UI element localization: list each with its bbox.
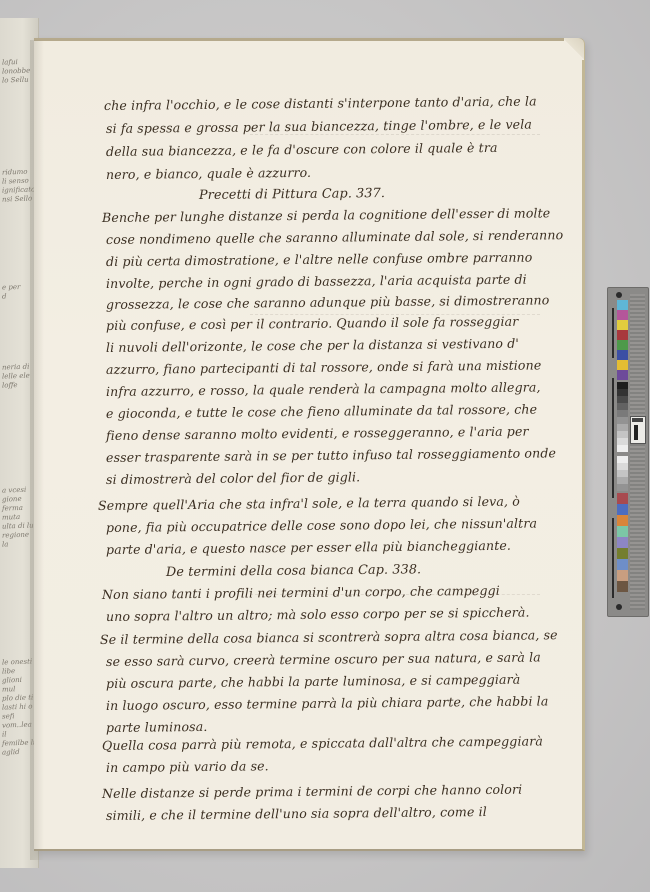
color-patch: [617, 389, 628, 396]
color-patch: [617, 310, 628, 320]
color-patch: [617, 370, 628, 380]
color-patch: [617, 526, 628, 537]
color-patch: [617, 559, 628, 570]
color-patch: [617, 330, 628, 340]
binding-gutter-shadow: [30, 40, 44, 860]
color-patch: [617, 463, 628, 470]
color-patch: [617, 470, 628, 477]
text-line: parte luminosa.: [106, 719, 208, 735]
color-patch: [617, 360, 628, 370]
color-patch: [617, 445, 628, 452]
color-patch: [617, 484, 628, 491]
ink-bleedthrough: [250, 580, 540, 595]
color-patch: [617, 340, 628, 350]
color-patch: [617, 515, 628, 526]
text-line: in campo più vario da se.: [106, 758, 269, 775]
text-line: nero, e bianco, quale è azzurro.: [106, 165, 311, 182]
color-patch: [617, 320, 628, 330]
chapter-heading-337: Precetti di Pittura Cap. 337.: [199, 186, 385, 203]
color-patch: [617, 548, 628, 559]
ink-bleedthrough: [250, 300, 540, 315]
scale-rail: [612, 378, 614, 498]
folded-corner: [564, 38, 584, 60]
scale-rail: [612, 518, 614, 598]
ink-bleedthrough: [250, 120, 540, 135]
target-label: [630, 416, 646, 444]
reference-grid: [630, 294, 645, 610]
color-patch: [617, 403, 628, 410]
color-patch: [617, 537, 628, 548]
color-patch: [617, 410, 628, 417]
text-line: si dimostrerà del color del fior de gigl…: [106, 469, 360, 487]
scale-rail: [612, 308, 614, 358]
color-patch: [617, 493, 628, 504]
mount-hole-icon: [616, 604, 622, 610]
color-patch: [617, 570, 628, 581]
color-patch: [617, 300, 628, 310]
mount-hole-icon: [616, 292, 622, 298]
color-patch: [617, 417, 628, 424]
color-patch: [617, 477, 628, 484]
color-patch: [617, 382, 628, 389]
color-patch: [617, 350, 628, 360]
label-text-block: [632, 418, 643, 422]
color-patch: [617, 581, 628, 592]
color-patch: [617, 504, 628, 515]
color-patch: [617, 438, 628, 445]
label-barcode: [634, 425, 638, 440]
color-patch: [617, 396, 628, 403]
color-patch: [617, 456, 628, 463]
chapter-heading-338: De termini della cosa bianca Cap. 338.: [166, 562, 421, 580]
color-patch: [617, 424, 628, 431]
color-calibration-target: [607, 287, 649, 617]
color-patch: [617, 431, 628, 438]
